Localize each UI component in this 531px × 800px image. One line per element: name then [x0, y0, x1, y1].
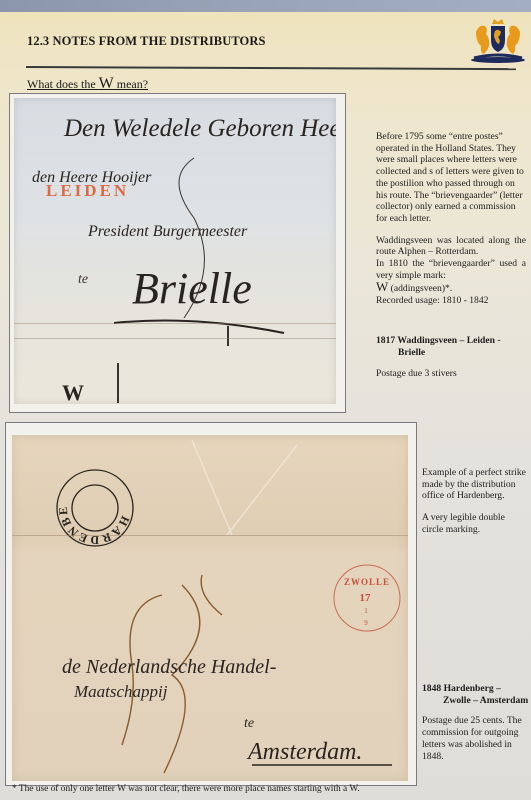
- section2-description: Example of a perfect strike made by the …: [422, 467, 527, 546]
- w-postmark: W: [62, 380, 84, 404]
- double-circle-text: A very legible double circle marking.: [422, 512, 527, 535]
- section-subtitle: What does the W mean?: [27, 75, 148, 93]
- cover-1817-frame: Den Weledele Geboren Heer den Heere Hooi…: [9, 93, 346, 413]
- hardenberg-postmark: HARDENBERG: [12, 435, 133, 547]
- postage-text: Postage due 3 stivers: [376, 368, 526, 380]
- caption-line-2: Zwolle – Amsterdam: [422, 695, 531, 707]
- paper-fold: [12, 535, 408, 536]
- cover-1848-caption-block: 1848 Hardenberg – Zwolle – Amsterdam Pos…: [422, 683, 531, 772]
- cover-1817-caption: 1817 Waddingsveen – Leiden - Brielle: [376, 335, 526, 358]
- cover-1848-caption: 1848 Hardenberg – Zwolle – Amsterdam: [422, 683, 531, 706]
- paper-fold: [14, 338, 336, 339]
- footnote: * The use of only one letter W was not c…: [12, 784, 360, 794]
- address-line-3: President Burgermeester: [87, 223, 248, 240]
- zwolle-postmark-hour: 9: [364, 619, 368, 627]
- section1-description: Before 1795 some “entre postes” operated…: [376, 131, 526, 390]
- leiden-red-postmark: LEIDEN: [46, 181, 129, 200]
- hardenberg-inner-ring: [72, 485, 118, 531]
- address-line-4: te: [78, 272, 88, 287]
- zwolle-postmark-month: 1: [364, 607, 368, 615]
- postage-text: Postage due 25 cents. The commission for…: [422, 715, 531, 762]
- zwolle-postmark-day: 17: [360, 592, 372, 604]
- caption-line-1: 1817 Waddingsveen – Leiden -: [376, 335, 501, 346]
- dutch-coat-of-arms-icon: [468, 16, 528, 64]
- strike-text: Example of a perfect strike made by the …: [422, 467, 527, 502]
- recorded-usage: Recorded usage: 1810 - 1842: [376, 295, 488, 306]
- mark-text: In 1810 the “brievengaarder” used a very…: [376, 258, 526, 281]
- address-line-3: te: [244, 716, 254, 731]
- subtitle-w: W: [99, 75, 114, 92]
- address-city: Amsterdam.: [246, 739, 362, 765]
- caption-line-1: 1848 Hardenberg –: [422, 683, 501, 694]
- subtitle-prefix: What does the: [27, 77, 99, 91]
- subtitle-suffix: mean?: [114, 77, 148, 91]
- zwolle-postmark-town: ZWOLLE: [344, 577, 390, 587]
- w-mark-meaning: (addingsveen)*.: [388, 283, 452, 294]
- address-line-2: Maatschappij: [73, 682, 168, 701]
- cover-1848-frame: HARDENBERG ZWOLLE 17 1 9 de Nederlandsch…: [5, 422, 417, 786]
- cover-1848: HARDENBERG ZWOLLE 17 1 9 de Nederlandsch…: [12, 435, 408, 781]
- waddingsveen-text: Waddingsveen was located along the route…: [376, 235, 526, 307]
- w-mark-glyph: W: [376, 279, 388, 294]
- page-title: 12.3 NOTES FROM THE DISTRIBUTORS: [27, 34, 266, 49]
- caption-line-2: Brielle: [376, 347, 526, 359]
- route-text: Waddingsveen was located along the route…: [376, 235, 526, 258]
- address-line-1: Den Weledele Geboren Heer: [63, 115, 336, 142]
- paper-fold: [14, 323, 336, 324]
- handwriting-1817: Den Weledele Geboren Heer den Heere Hooi…: [14, 98, 336, 404]
- handwriting-1848: HARDENBERG ZWOLLE 17 1 9 de Nederlandsch…: [12, 435, 408, 781]
- intro-text: Before 1795 some “entre postes” operated…: [376, 131, 526, 225]
- address-line-1: de Nederlandsche Handel-: [62, 656, 276, 678]
- cover-1817: Den Weledele Geboren Heer den Heere Hooi…: [14, 98, 336, 404]
